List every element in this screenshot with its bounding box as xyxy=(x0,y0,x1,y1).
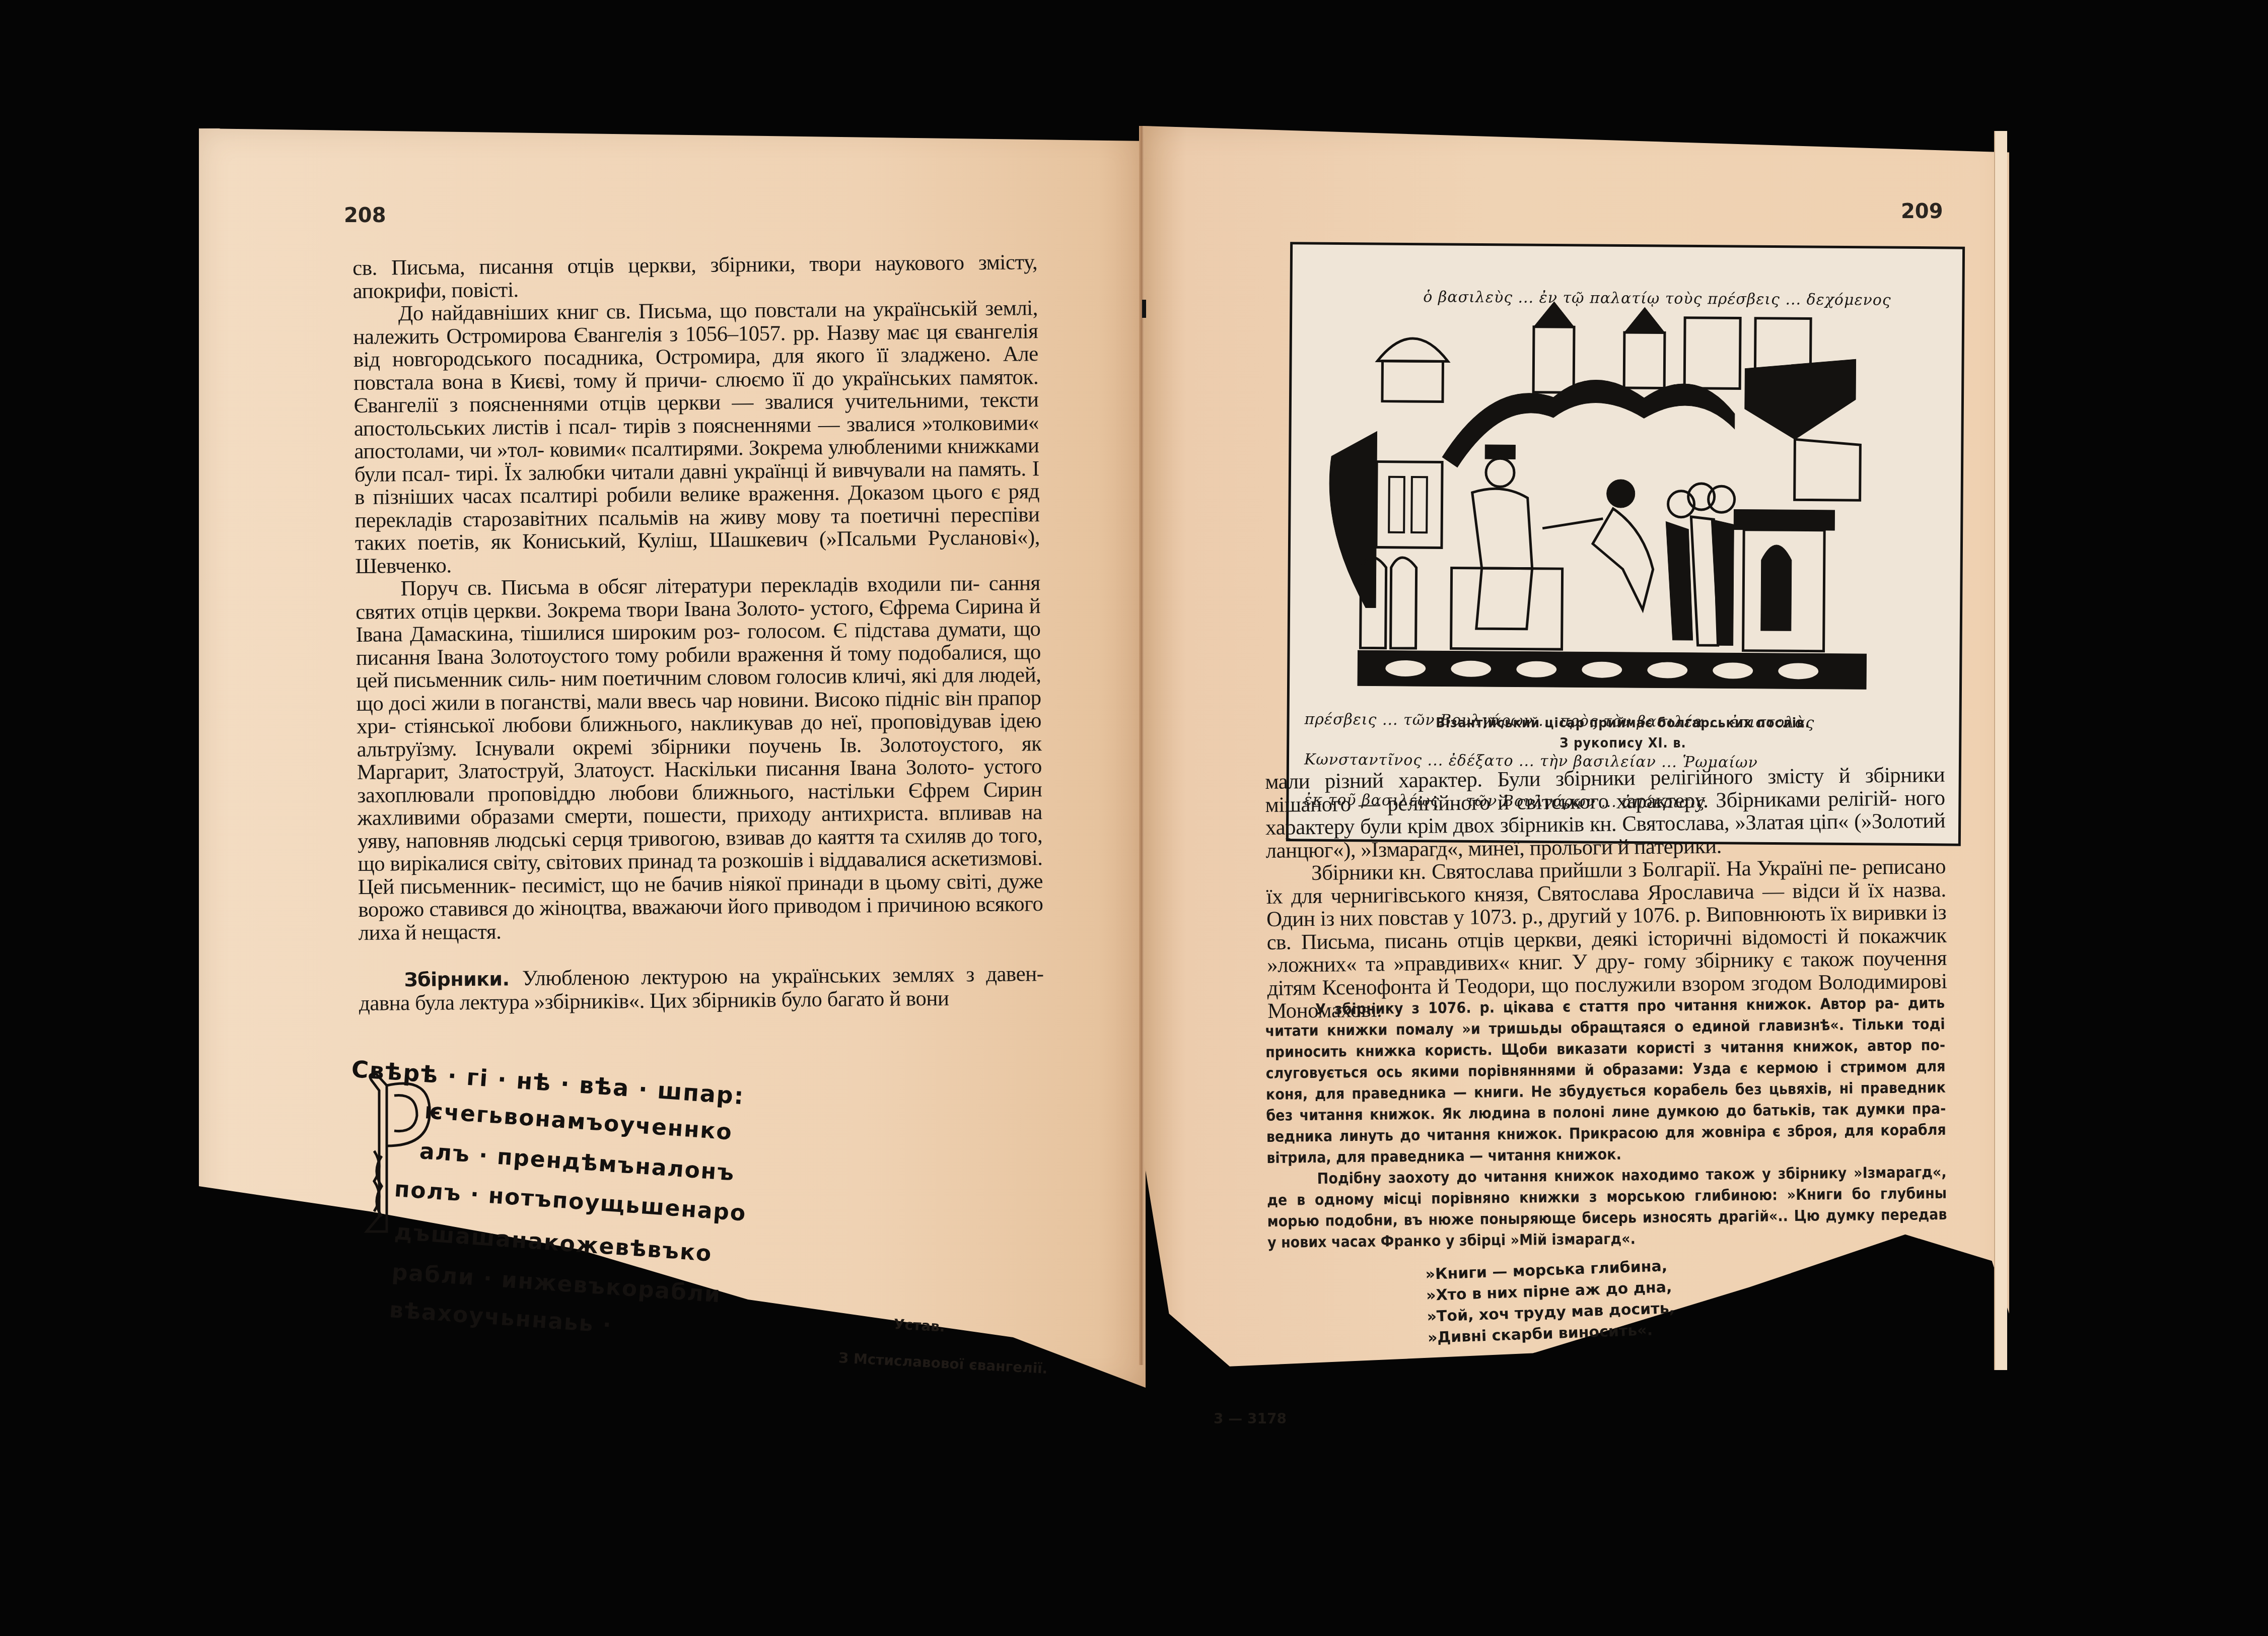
paragraph-zbirnyky: Збірники. Улюбленою лектурою на українсь… xyxy=(359,963,1044,1015)
text-line: коня, для праведника — книги. Не збудуєт… xyxy=(1266,1079,1946,1104)
manuscript-illustration: ὁ βασιλεὺς ... ἐν τῷ παλατίῳ τοὺς πρέσβε… xyxy=(1286,242,1965,846)
text-line: вітрила, для праведника — читання книжок… xyxy=(1266,1146,1621,1167)
text-line: апокрифи, повісті. xyxy=(352,278,519,303)
paragraph-1: мали різний характер. Були збірники релі… xyxy=(1265,764,1946,862)
manuscript-caption-source: З Мстиславової євангелії. xyxy=(838,1349,1048,1377)
small-paragraph-1: У збірнику з 1076. р. цікава є стаття пр… xyxy=(1265,993,1946,1169)
manuscript-caption-label: Устав. xyxy=(893,1316,945,1335)
text-line: ставився до жіноцтва, вважаючи його прив… xyxy=(429,892,1043,921)
paragraph-3: Поруч св. Письма в обсяг літератури пере… xyxy=(356,572,1043,944)
text-line: ведника линуть до читання книжок. Прикра… xyxy=(1266,1121,1946,1146)
right-page-fore-edge xyxy=(1994,131,2007,1370)
printer-signature-mark: 3 — 3178 xyxy=(1214,1410,1287,1427)
page-number-right: 209 xyxy=(1901,200,1943,223)
figure-caption-title: Візантійський цісар приймає болгарських … xyxy=(1288,715,1958,731)
text-line: морью подобни, въ нюже поныряюще бисерь … xyxy=(1267,1206,1947,1231)
text-line: без читання книжок. Як людина в полоні л… xyxy=(1266,1100,1946,1125)
gutter-mark xyxy=(1142,300,1146,318)
page-number-left: 208 xyxy=(344,204,386,227)
paragraph-2: До найдавніших книг св. Письма, що повст… xyxy=(353,297,1040,578)
figure-caption-source: З рукопису XI. в. xyxy=(1288,735,1958,751)
text-line: приносить книжка користь. Щоби виказати … xyxy=(1265,1037,1945,1061)
illustration-greek-inscription-top: ὁ βασιλεὺς ... ἐν τῷ παλατίῳ τοὺς πρέσβε… xyxy=(1423,288,1891,309)
right-page-body: мали різний характер. Були збірники релі… xyxy=(1265,764,1947,1023)
text-line: У збірнику з 1076. р. цікава є стаття пр… xyxy=(1315,995,1908,1018)
text-line: Подібну заохоту до читання книжок находи… xyxy=(1317,1164,1947,1188)
text-line: лиха й нещастя. xyxy=(359,920,502,944)
franko-verse-quote: »Книги — морська глибина, »Хто в них пір… xyxy=(1425,1256,1676,1349)
text-line: у нових часах Франко у збірці »Мій ізмар… xyxy=(1267,1230,1636,1252)
section-heading-zbirnyky: Збірники. xyxy=(404,968,522,991)
text-line: де в одному місці порівняно книжки з мор… xyxy=(1267,1185,1947,1209)
small-paragraph-2: Подібну заохоту до читання книжок находи… xyxy=(1267,1162,1948,1254)
paragraph-1: св. Письма, писання отців церкви, збірни… xyxy=(352,251,1038,303)
manuscript-line: вѣахоучьннаьь · xyxy=(388,1297,613,1338)
text-line: слуговується ось якими порівняннями й об… xyxy=(1265,1058,1945,1082)
left-page-body: св. Письма, писання отців церкви, збірни… xyxy=(352,251,1044,1015)
right-page-small-print: У збірнику з 1076. р. цікава є стаття пр… xyxy=(1265,993,1947,1254)
manuscript-sample: Свѣрѣ · гі · нѣ · вѣа · шпар: ѥчегьвонам… xyxy=(352,1035,634,1322)
text-line: Улюбленою лектурою на українських землях… xyxy=(522,962,1044,990)
